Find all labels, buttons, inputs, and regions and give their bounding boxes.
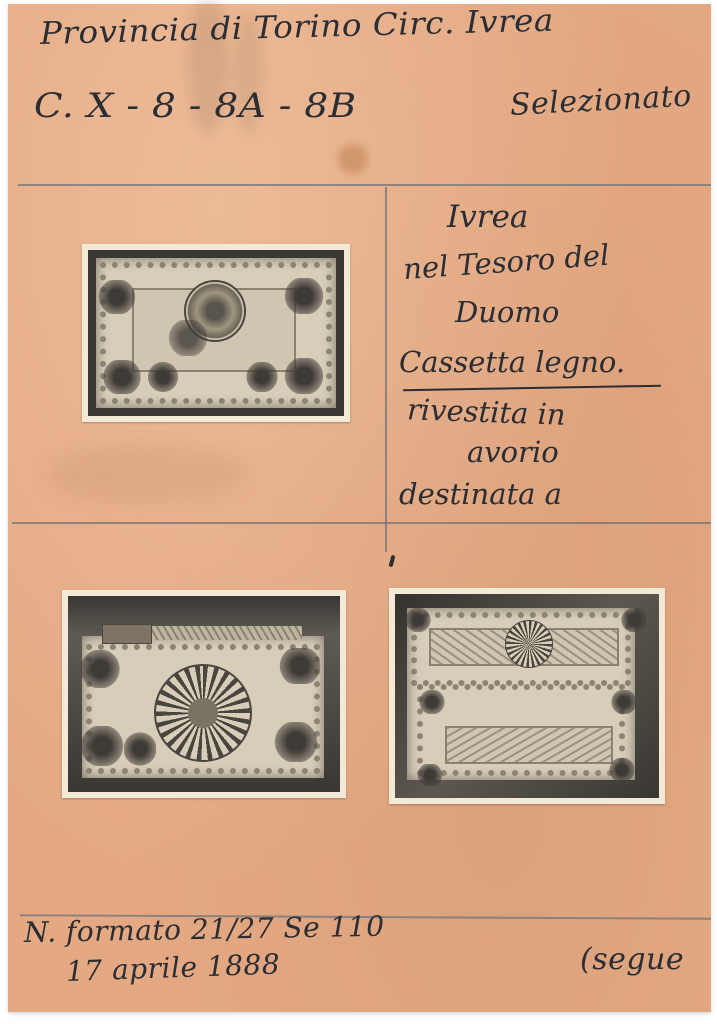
ruled-line-vertical xyxy=(385,187,387,552)
description-line: nel Tesoro del xyxy=(402,238,610,286)
casket-lid-image xyxy=(88,250,344,416)
ruled-line-middle xyxy=(12,522,711,524)
ruled-line-top xyxy=(18,184,711,186)
format-line: N. formato 21/27 Se 110 xyxy=(24,910,385,949)
description-line: rivestita in xyxy=(406,392,566,432)
description-line: destinata a xyxy=(399,477,562,511)
foxing-stain xyxy=(338,144,368,174)
description-line: avorio xyxy=(467,435,559,469)
photo-top-left xyxy=(82,244,350,422)
water-stain xyxy=(48,444,248,504)
description-line-underlined: Cassetta legno. xyxy=(399,345,625,379)
photo-bottom-left xyxy=(62,590,346,798)
description-block: Ivrea nel Tesoro del Duomo Cassetta legn… xyxy=(395,195,695,515)
description-line: Duomo xyxy=(455,295,559,329)
photo-bottom-right xyxy=(389,588,665,804)
small-rosette xyxy=(505,620,553,668)
continuation-note: (segue xyxy=(580,942,684,977)
description-line: Ivrea xyxy=(447,199,528,235)
underline-stroke xyxy=(403,385,661,392)
casket-front-image xyxy=(68,596,340,792)
catalog-code: C. X - 8 - 8A - 8B xyxy=(34,86,357,126)
casket-panel-image xyxy=(395,594,659,798)
large-rosette xyxy=(154,664,252,762)
